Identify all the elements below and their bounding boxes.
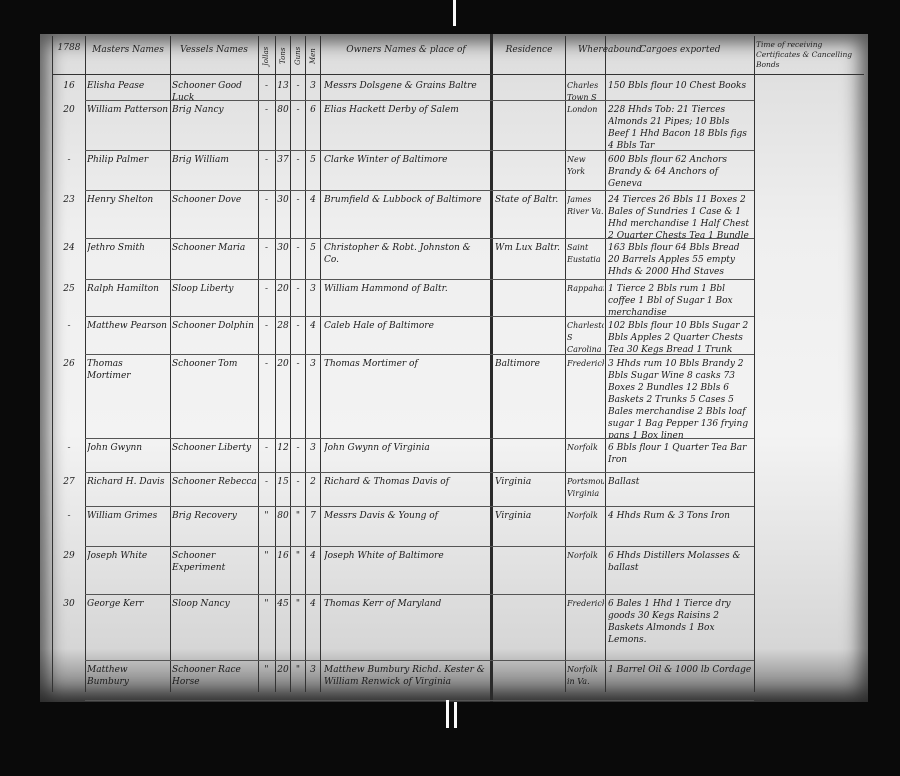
row-where-bound: Rappahannock — [567, 283, 604, 316]
rule — [52, 36, 53, 692]
header-masters-names: Masters Names — [87, 44, 169, 56]
row-where-bound: Charlestown S Carolina — [567, 320, 604, 354]
header-tons: Tons — [277, 38, 289, 74]
row-tons: 20 — [276, 358, 290, 438]
row-master-name: Philip Palmer — [87, 154, 169, 190]
row-day: - — [54, 510, 84, 546]
row-owners: Joseph White of Baltimore — [324, 550, 488, 594]
row-master-name: Elisha Pease — [87, 80, 169, 100]
row-master-name: Matthew Bumbury — [87, 664, 169, 700]
row-col-a: - — [259, 476, 274, 506]
row-vessel-name: Schooner Dove — [172, 194, 257, 238]
row-residence: Virginia — [495, 510, 561, 546]
row-owners: Clarke Winter of Baltimore — [324, 154, 488, 190]
row-owners: Thomas Mortimer of — [324, 358, 488, 438]
row-men: 5 — [306, 154, 320, 190]
row-owners: Thomas Kerr of Maryland — [324, 598, 488, 660]
row-day: 27 — [54, 476, 84, 506]
row-residence — [495, 664, 561, 700]
row-residence: Virginia — [495, 476, 561, 506]
row-master-name: Jethro Smith — [87, 242, 169, 279]
row-col-a: " — [259, 550, 274, 594]
row-vessel-name: Schooner Tom — [172, 358, 257, 438]
row-col-a: - — [259, 320, 274, 354]
row-vessel-name: Schooner Rebecca — [172, 476, 257, 506]
film-marker — [454, 702, 457, 728]
header-year: 1788 — [54, 42, 84, 54]
row-rule — [85, 316, 754, 317]
row-guns: - — [291, 476, 305, 506]
row-residence — [495, 320, 561, 354]
row-rule — [85, 354, 754, 355]
row-where-bound: New York — [567, 154, 604, 190]
row-tons: 30 — [276, 242, 290, 279]
row-tons: 12 — [276, 442, 290, 472]
row-day: 23 — [54, 194, 84, 238]
row-master-name: George Kerr — [87, 598, 169, 660]
row-day: 26 — [54, 358, 84, 438]
row-where-bound: Fredericksburg — [567, 358, 604, 438]
row-guns: - — [291, 80, 305, 100]
row-rule — [85, 660, 754, 661]
row-tons: 20 — [276, 283, 290, 316]
row-where-bound: Portsmouth Virginia — [567, 476, 604, 506]
row-col-a: - — [259, 442, 274, 472]
row-master-name: Richard H. Davis — [87, 476, 169, 506]
row-rule — [85, 100, 754, 101]
row-men: 3 — [306, 283, 320, 316]
row-tons: 80 — [276, 510, 290, 546]
row-cargo: Ballast — [608, 476, 752, 506]
rule — [754, 36, 755, 692]
row-where-bound: Norfolk — [567, 550, 604, 594]
row-master-name: Henry Shelton — [87, 194, 169, 238]
row-vessel-name: Schooner Maria — [172, 242, 257, 279]
row-col-a: " — [259, 664, 274, 700]
row-residence — [495, 80, 561, 100]
row-guns: - — [291, 242, 305, 279]
row-residence — [495, 104, 561, 150]
row-rule — [85, 472, 754, 473]
row-vessel-name: Sloop Liberty — [172, 283, 257, 316]
row-owners: Messrs Davis & Young of — [324, 510, 488, 546]
row-guns: " — [291, 550, 305, 594]
row-cargo: 4 Hhds Rum & 3 Tons Iron — [608, 510, 752, 546]
row-col-a: " — [259, 598, 274, 660]
row-guns: - — [291, 194, 305, 238]
row-col-a: - — [259, 80, 274, 100]
row-rule — [85, 190, 754, 191]
row-men: 4 — [306, 194, 320, 238]
row-owners: Elias Hackett Derby of Salem — [324, 104, 488, 150]
row-col-a: - — [259, 358, 274, 438]
row-col-a: - — [259, 242, 274, 279]
header-guns: Guns — [292, 38, 304, 74]
row-day: 25 — [54, 283, 84, 316]
row-where-bound: Norfolk in Va. — [567, 664, 604, 700]
row-residence — [495, 442, 561, 472]
row-men: 7 — [306, 510, 320, 546]
ledger-spread: 1788 Masters Names Vessels Names Jollas … — [40, 34, 868, 702]
row-day: 30 — [54, 598, 84, 660]
page-gutter — [490, 34, 493, 702]
row-rule — [85, 700, 754, 701]
row-men: 4 — [306, 320, 320, 354]
row-guns: - — [291, 154, 305, 190]
header-cargoes: Cargoes exported — [607, 44, 753, 56]
row-tons: 37 — [276, 154, 290, 190]
row-col-a: - — [259, 194, 274, 238]
row-vessel-name: Sloop Nancy — [172, 598, 257, 660]
row-where-bound: James River Va. — [567, 194, 604, 238]
row-guns: - — [291, 358, 305, 438]
row-master-name: Joseph White — [87, 550, 169, 594]
row-cargo: 1 Barrel Oil & 1000 lb Cordage — [608, 664, 752, 700]
row-men: 3 — [306, 358, 320, 438]
row-master-name: William Grimes — [87, 510, 169, 546]
row-rule — [85, 238, 754, 239]
row-owners: Brumfield & Lubbock of Baltimore — [324, 194, 488, 238]
row-tons: 13 — [276, 80, 290, 100]
row-tons: 80 — [276, 104, 290, 150]
row-cargo: 6 Bbls flour 1 Quarter Tea Bar Iron — [608, 442, 752, 472]
row-cargo: 24 Tierces 26 Bbls 11 Boxes 2 Bales of S… — [608, 194, 752, 238]
row-cargo: 102 Bbls flour 10 Bbls Sugar 2 Bbls Appl… — [608, 320, 752, 354]
row-cargo: 3 Hhds rum 10 Bbls Brandy 2 Bbls Sugar W… — [608, 358, 752, 438]
row-guns: " — [291, 598, 305, 660]
row-residence: Baltimore — [495, 358, 561, 438]
header-rule — [52, 74, 864, 75]
row-vessel-name: Schooner Experiment — [172, 550, 257, 594]
row-men: 3 — [306, 442, 320, 472]
row-men: 5 — [306, 242, 320, 279]
film-marker — [446, 700, 449, 728]
row-master-name: Ralph Hamilton — [87, 283, 169, 316]
row-owners: Caleb Hale of Baltimore — [324, 320, 488, 354]
row-where-bound: Saint Eustatia — [567, 242, 604, 279]
row-cargo: 150 Bbls flour 10 Chest Books — [608, 80, 752, 100]
row-tons: 15 — [276, 476, 290, 506]
film-marker — [453, 0, 456, 26]
row-owners: Richard & Thomas Davis of — [324, 476, 488, 506]
row-guns: " — [291, 664, 305, 700]
row-day: 20 — [54, 104, 84, 150]
row-cargo: 6 Bales 1 Hhd 1 Tierce dry goods 30 Kegs… — [608, 598, 752, 660]
row-rule — [85, 438, 754, 439]
row-vessel-name: Brig Recovery — [172, 510, 257, 546]
row-guns: " — [291, 510, 305, 546]
row-vessel-name: Brig William — [172, 154, 257, 190]
row-where-bound: London — [567, 104, 604, 150]
row-rule — [85, 546, 754, 547]
row-residence — [495, 154, 561, 190]
row-where-bound: Fredericksburg — [567, 598, 604, 660]
row-where-bound: Norfolk — [567, 510, 604, 546]
row-rule — [85, 279, 754, 280]
header-vessels-names: Vessels Names — [172, 44, 256, 56]
row-men: 3 — [306, 80, 320, 100]
row-rule — [85, 594, 754, 595]
row-vessel-name: Brig Nancy — [172, 104, 257, 150]
row-cargo: 1 Tierce 2 Bbls rum 1 Bbl coffee 1 Bbl o… — [608, 283, 752, 316]
row-tons: 30 — [276, 194, 290, 238]
row-men: 4 — [306, 598, 320, 660]
row-cargo: 228 Hhds Tob: 21 Tierces Almonds 21 Pipe… — [608, 104, 752, 150]
row-men: 4 — [306, 550, 320, 594]
row-cargo: 6 Hhds Distillers Molasses & ballast — [608, 550, 752, 594]
row-cargo: 163 Bbls flour 64 Bbls Bread 20 Barrels … — [608, 242, 752, 279]
row-day: 24 — [54, 242, 84, 279]
row-men: 6 — [306, 104, 320, 150]
row-col-a: - — [259, 283, 274, 316]
row-rule — [85, 150, 754, 151]
row-owners: Christopher & Robt. Johnston & Co. — [324, 242, 488, 279]
row-guns: - — [291, 442, 305, 472]
row-residence: Wm Lux Baltr. — [495, 242, 561, 279]
header-men: Men — [307, 38, 319, 74]
row-where-bound: Norfolk — [567, 442, 604, 472]
header-residence: Residence — [495, 44, 563, 56]
row-day: 16 — [54, 80, 84, 100]
row-col-a: - — [259, 154, 274, 190]
row-day: - — [54, 154, 84, 190]
row-residence: State of Baltr. — [495, 194, 561, 238]
header-certificates: Time of receiving Certificates & Cancell… — [756, 40, 864, 70]
row-col-a: - — [259, 104, 274, 150]
row-where-bound: Charles Town S Carol. — [567, 80, 604, 100]
row-tons: 16 — [276, 550, 290, 594]
row-men: 2 — [306, 476, 320, 506]
row-residence — [495, 550, 561, 594]
row-owners: William Hammond of Baltr. — [324, 283, 488, 316]
row-tons: 28 — [276, 320, 290, 354]
row-master-name: John Gwynn — [87, 442, 169, 472]
row-owners: Matthew Bumbury Richd. Kester & William … — [324, 664, 488, 700]
row-col-a: " — [259, 510, 274, 546]
row-day: 29 — [54, 550, 84, 594]
header-col-a: Jollas — [260, 38, 274, 74]
row-vessel-name: Schooner Good Luck — [172, 80, 257, 100]
header-owners: Owners Names & place of — [324, 44, 488, 56]
row-cargo: 600 Bbls flour 62 Anchors Brandy & 64 An… — [608, 154, 752, 190]
row-master-name: Matthew Pearson — [87, 320, 169, 354]
row-guns: - — [291, 283, 305, 316]
row-residence — [495, 283, 561, 316]
row-master-name: William Patterson — [87, 104, 169, 150]
row-day: - — [54, 442, 84, 472]
row-owners: John Gwynn of Virginia — [324, 442, 488, 472]
row-vessel-name: Schooner Dolphin — [172, 320, 257, 354]
row-guns: - — [291, 320, 305, 354]
row-day — [54, 664, 84, 700]
row-rule — [85, 506, 754, 507]
row-men: 3 — [306, 664, 320, 700]
row-guns: - — [291, 104, 305, 150]
row-tons: 45 — [276, 598, 290, 660]
row-owners: Messrs Dolsgene & Grains Baltre — [324, 80, 488, 100]
row-vessel-name: Schooner Liberty — [172, 442, 257, 472]
row-vessel-name: Schooner Race Horse — [172, 664, 257, 700]
row-day: - — [54, 320, 84, 354]
row-master-name: Thomas Mortimer — [87, 358, 169, 438]
row-tons: 20 — [276, 664, 290, 700]
row-residence — [495, 598, 561, 660]
